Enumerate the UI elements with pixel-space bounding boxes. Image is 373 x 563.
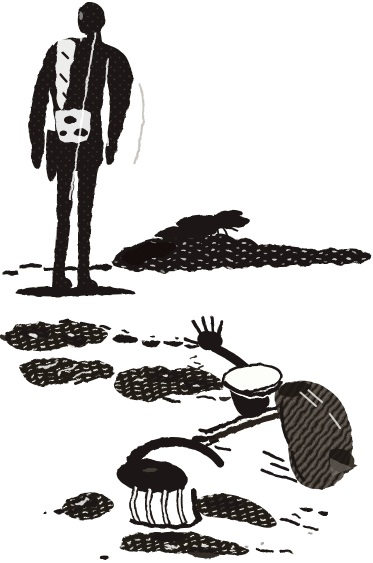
leg-mass xyxy=(196,494,276,528)
cast-shadow xyxy=(15,286,135,296)
rocky-ridge xyxy=(0,320,231,402)
upper-scene xyxy=(2,2,371,296)
lower-scene xyxy=(0,318,358,560)
illustration-canvas xyxy=(0,0,373,563)
illustration-page xyxy=(0,0,373,563)
figure-right-leg xyxy=(77,168,97,290)
carried-spears xyxy=(31,128,44,168)
scrub-band xyxy=(112,234,371,271)
kneeling-figure xyxy=(186,318,358,489)
prostrate-figure xyxy=(117,437,277,528)
book-illustration xyxy=(0,0,373,563)
sketch-stroke xyxy=(134,84,143,164)
standing-figure xyxy=(29,2,144,290)
